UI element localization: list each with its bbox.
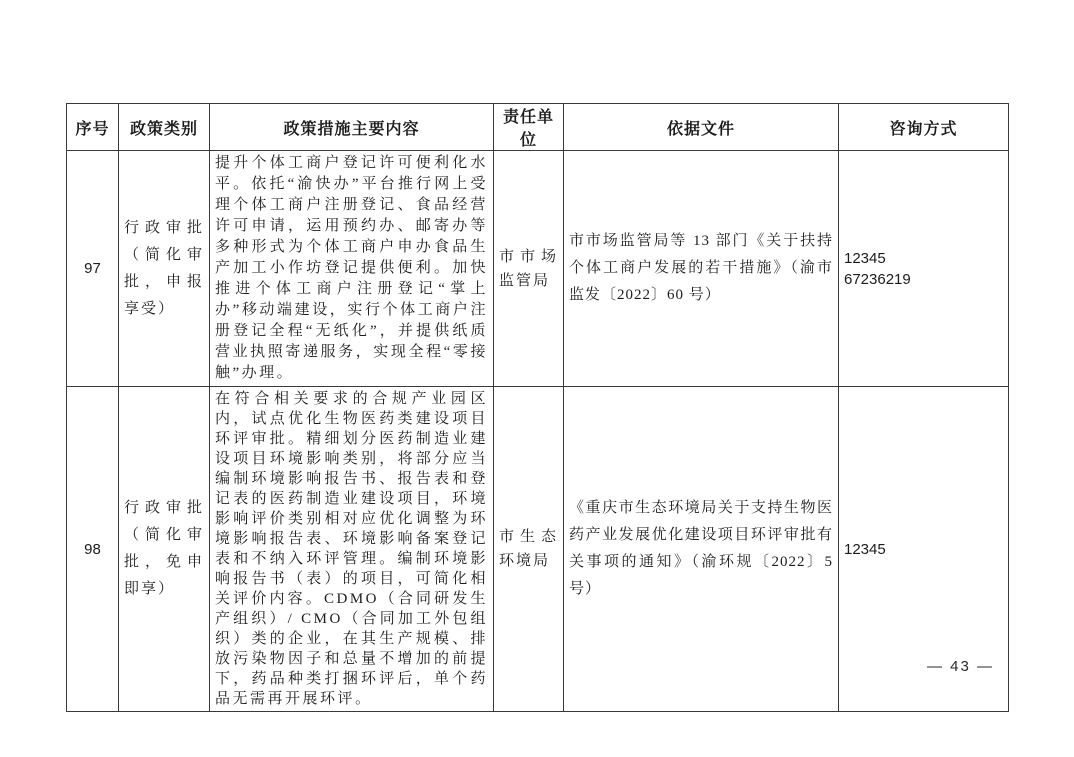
table-row-97: 97 行政审批（简化审批，申报享受） 提升个体工商户登记许可便利化水平。依托“渝… [67,151,1009,387]
row-98-basis: 《重庆市生态环境局关于支持生物医药产业发展优化建设项目环评审批有关事项的通知》（… [564,387,839,712]
row-98-unit: 市生态环境局 [494,387,564,712]
row-97-unit: 市市场监管局 [494,151,564,387]
header-cell-basis: 依据文件 [564,104,839,151]
table-row-98: 98 行政审批（简化审批，免申即享） 在符合相关要求的合规产业园区内，试点优化生… [67,387,1009,712]
header-cell-unit: 责任单位 [494,104,564,151]
row-97-contact: 12345 67236219 [839,151,1009,387]
page-number: — 43 — [927,658,994,675]
header-cell-content: 政策措施主要内容 [210,104,494,151]
policy-measures-table: 序号 政策类别 政策措施主要内容 责任单位 依据文件 咨询方式 97 行政审批（… [66,103,1009,712]
row-97-content: 提升个体工商户登记许可便利化水平。依托“渝快办”平台推行网上受理个体工商户注册登… [210,151,494,387]
document-page: 序号 政策类别 政策措施主要内容 责任单位 依据文件 咨询方式 97 行政审批（… [0,0,1074,757]
row-98-number: 98 [67,387,119,712]
header-cell-contact: 咨询方式 [839,104,1009,151]
row-97-number: 97 [67,151,119,387]
table-header-row: 序号 政策类别 政策措施主要内容 责任单位 依据文件 咨询方式 [67,104,1009,151]
row-98-category: 行政审批（简化审批，免申即享） [119,387,210,712]
header-cell-category: 政策类别 [119,104,210,151]
header-cell-no: 序号 [67,104,119,151]
row-97-category: 行政审批（简化审批，申报享受） [119,151,210,387]
row-98-content: 在符合相关要求的合规产业园区内，试点优化生物医药类建设项目环评审批。精细划分医药… [210,387,494,712]
row-97-basis: 市市场监管局等 13 部门《关于扶持个体工商户发展的若干措施》（渝市监发〔202… [564,151,839,387]
